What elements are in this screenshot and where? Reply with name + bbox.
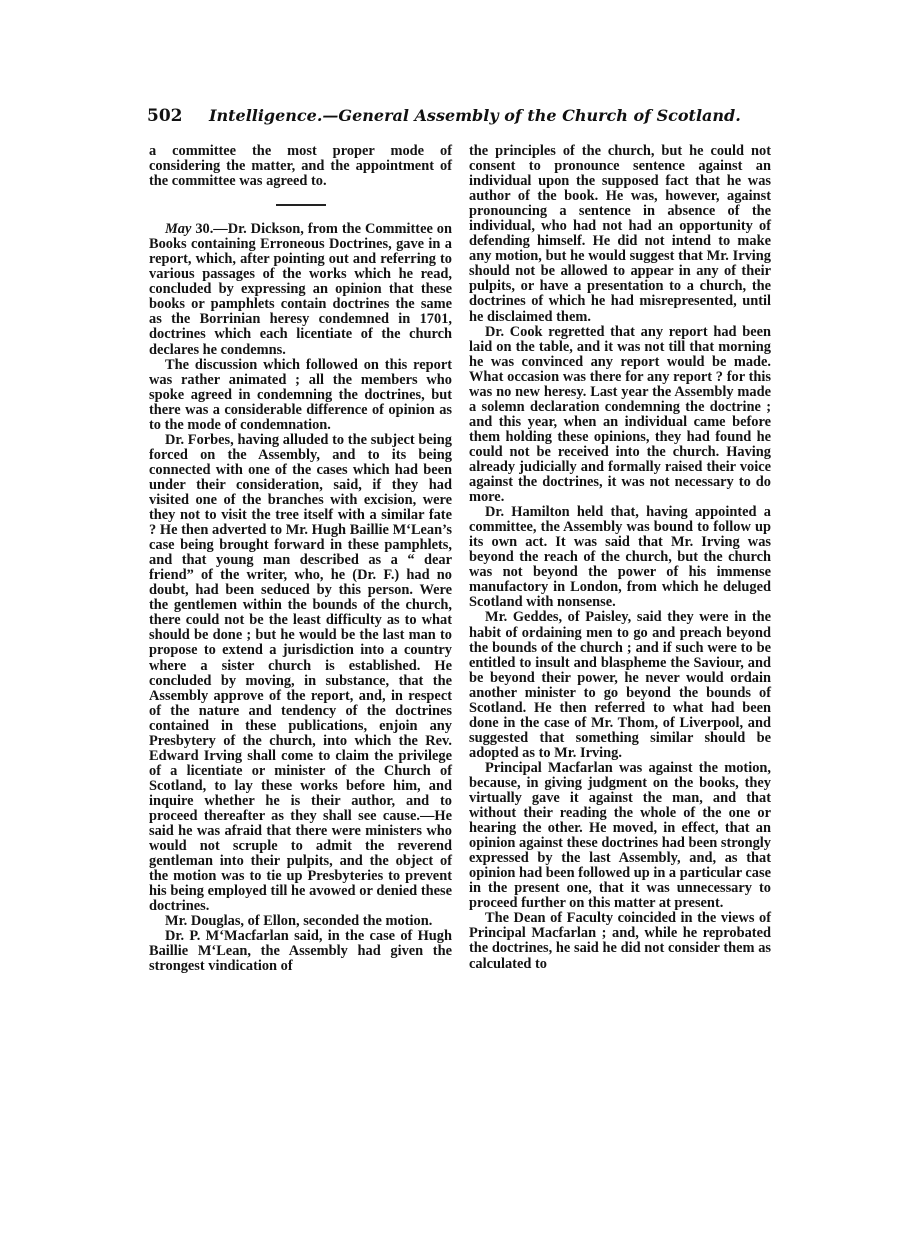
running-title: Intelligence.—General Assembly of the Ch… bbox=[209, 106, 741, 125]
right-column: the principles of the church, but he cou… bbox=[469, 144, 771, 972]
paragraph: Principal Macfarlan was against the moti… bbox=[469, 761, 771, 911]
date-label: May bbox=[165, 221, 191, 237]
page-number: 502 bbox=[147, 106, 183, 126]
paragraph: The Dean of Faculty coincided in the vie… bbox=[469, 911, 771, 971]
paragraph: May 30.—Dr. Dickson, from the Committee … bbox=[149, 222, 452, 357]
left-column: a committee the most proper mode of cons… bbox=[149, 144, 452, 974]
document-page: 502 Intelligence.—General Assembly of th… bbox=[0, 0, 918, 1238]
paragraph: Dr. Forbes, having alluded to the subjec… bbox=[149, 433, 452, 915]
paragraph: Mr. Douglas, of Ellon, seconded the moti… bbox=[149, 914, 452, 929]
paragraph: the principles of the church, but he cou… bbox=[469, 144, 771, 325]
paragraph: a committee the most proper mode of cons… bbox=[149, 144, 452, 189]
section-divider bbox=[276, 204, 326, 206]
page-header: 502 Intelligence.—General Assembly of th… bbox=[147, 106, 767, 130]
paragraph: Dr. Cook regretted that any report had b… bbox=[469, 325, 771, 506]
paragraph-text: 30.—Dr. Dickson, from the Committee on B… bbox=[149, 221, 452, 357]
paragraph: The discussion which followed on this re… bbox=[149, 358, 452, 433]
paragraph: Dr. Hamilton held that, having appointed… bbox=[469, 505, 771, 610]
paragraph: Mr. Geddes, of Paisley, said they were i… bbox=[469, 610, 771, 760]
paragraph: Dr. P. M‘Macfarlan said, in the case of … bbox=[149, 929, 452, 974]
